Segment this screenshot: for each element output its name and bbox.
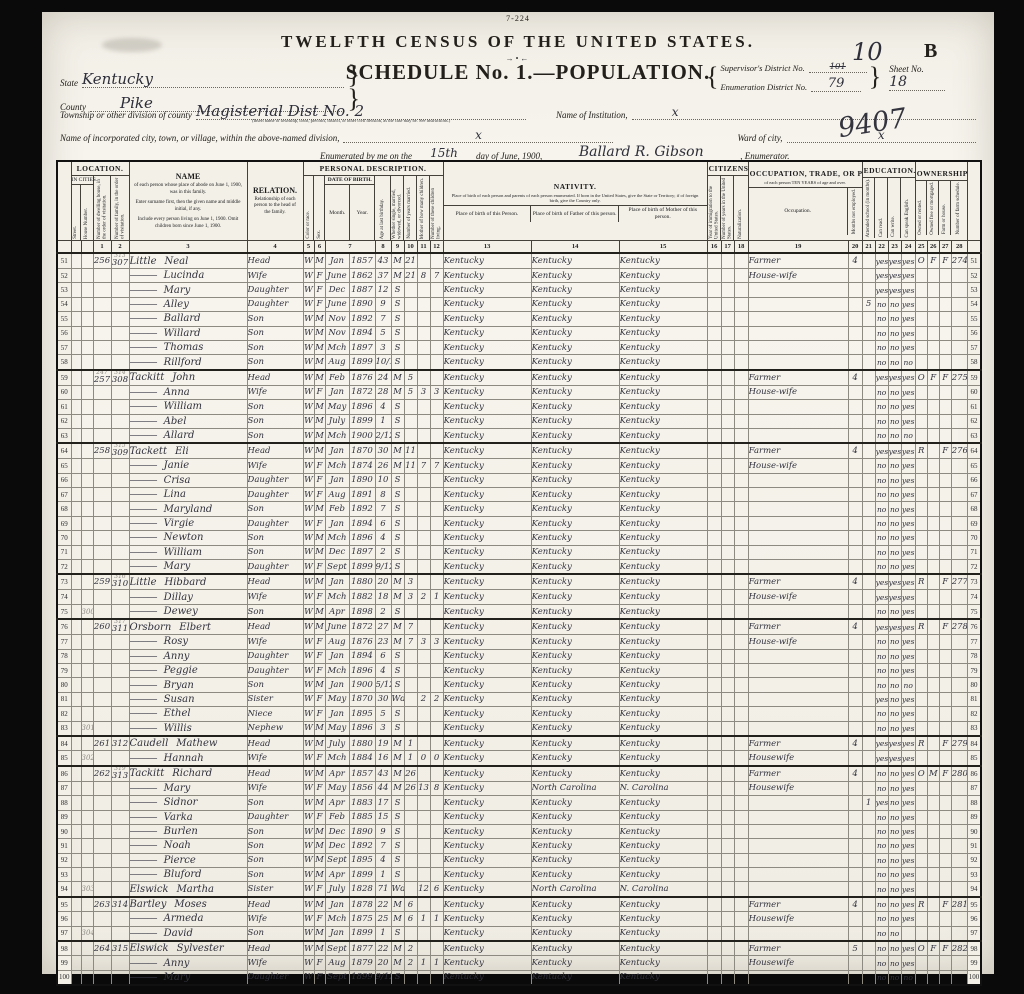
table-row: 64258315309TackettEliHeadWMJan187030M11K… — [57, 443, 981, 459]
cell-family-number — [111, 868, 129, 882]
cell-owned-rented: O — [915, 253, 927, 269]
cell-birthplace: Kentucky — [443, 941, 531, 956]
cell-family-number: 314308 — [111, 370, 129, 386]
cell-house-number — [81, 488, 93, 502]
ditto-dash: ——— — [130, 708, 157, 719]
cell-can-write: no — [888, 516, 901, 530]
cell-family-number — [111, 297, 129, 311]
cell-color-race: W — [303, 590, 314, 604]
cell-father-birthplace: Kentucky — [531, 692, 619, 706]
cell-mother-birthplace: Kentucky — [619, 897, 707, 912]
cell-years-married — [404, 678, 417, 692]
row-number-left: 51 — [57, 253, 71, 269]
cell-attended-school — [862, 839, 875, 853]
cell-can-read: yes — [875, 751, 888, 766]
cell-children-living — [430, 488, 443, 502]
supervisor-district-value: 101 — [809, 62, 867, 73]
cell-occupation — [748, 663, 848, 677]
row-number-left: 81 — [57, 692, 71, 706]
cell-house-number — [81, 781, 93, 795]
row-number-right: 91 — [967, 839, 981, 853]
column-number-13: 13 — [443, 241, 531, 254]
cell-marital-status: S — [391, 839, 404, 853]
cell-sex: M — [314, 340, 325, 354]
cell-occupation — [748, 297, 848, 311]
surname: Bartley — [130, 899, 167, 910]
cell-occupation — [748, 531, 848, 545]
column-number-8: 8 — [375, 241, 391, 254]
cell-mother-birthplace: Kentucky — [619, 707, 707, 721]
cell-children-living — [430, 545, 443, 559]
cell-attended-school — [862, 926, 875, 941]
farm-house-column-label: Farm or house. — [942, 203, 947, 235]
cell-can-write: no — [888, 663, 901, 677]
cell-dwelling-number: 260 — [93, 619, 111, 635]
table-row: 69——— VirgieDaughterWFJan18946SKentuckyK… — [57, 516, 981, 530]
cell-father-birthplace: Kentucky — [531, 678, 619, 692]
cell-years-in-us — [721, 428, 734, 443]
cell-mother-of-children — [417, 824, 430, 838]
cell-birthplace: Kentucky — [443, 721, 531, 736]
cell-owned-rented — [915, 297, 927, 311]
cell-color-race: W — [303, 956, 314, 970]
cell-owned-rented — [915, 355, 927, 370]
cell-can-write: yes — [888, 253, 901, 269]
row-number-left: 71 — [57, 545, 71, 559]
cell-farm-schedule: 278 — [951, 619, 967, 635]
cell-color-race: W — [303, 488, 314, 502]
cell-can-write: no — [888, 721, 901, 736]
ditto-dash: ——— — [130, 869, 157, 880]
cell-house-number — [81, 663, 93, 677]
cell-immigration-year — [707, 853, 721, 867]
cell-immigration-year — [707, 868, 721, 882]
row-number-left: 87 — [57, 781, 71, 795]
cell-mother-birthplace: Kentucky — [619, 502, 707, 516]
row-number-left: 74 — [57, 590, 71, 604]
cell-sex: M — [314, 678, 325, 692]
cell-years-in-us — [721, 531, 734, 545]
cell-family-number — [111, 824, 129, 838]
row-number-right: 71 — [967, 545, 981, 559]
cell-can-speak-english: yes — [901, 502, 915, 516]
cell-can-speak-english: yes — [901, 385, 915, 399]
ditto-dash: ——— — [130, 387, 157, 398]
cell-mother-birthplace: Kentucky — [619, 370, 707, 386]
cell-immigration-year — [707, 253, 721, 269]
cell-birth-month: Mch — [325, 663, 349, 677]
cell-naturalization — [734, 766, 748, 782]
given-name: Susan — [161, 694, 195, 705]
cell-relation: Son — [247, 926, 303, 941]
cell-farm-schedule — [951, 516, 967, 530]
cell-name: ——— Ethel — [129, 707, 247, 721]
surname: Elswick — [130, 884, 169, 895]
cell-name: ——— Mary — [129, 283, 247, 297]
cell-relation: Son — [247, 414, 303, 428]
ditto-dash: ——— — [130, 270, 157, 281]
cell-mother-birthplace: Kentucky — [619, 663, 707, 677]
cell-marital-status: S — [391, 326, 404, 340]
cell-farm-schedule — [951, 912, 967, 926]
cell-birth-year: 1828 — [349, 882, 375, 897]
cell-father-birthplace: Kentucky — [531, 707, 619, 721]
cell-owned-rented — [915, 810, 927, 824]
cell-mother-of-children: 8 — [417, 269, 430, 283]
cell-can-read: yes — [875, 283, 888, 297]
cell-name: ——— Peggie — [129, 663, 247, 677]
cell-can-read: no — [875, 604, 888, 619]
table-row: 72——— MaryDaughterWFSept18999/12SKentuck… — [57, 560, 981, 575]
cell-years-married: 11 — [404, 443, 417, 459]
row-number-left: 53 — [57, 283, 71, 297]
cell-can-speak-english: yes — [901, 839, 915, 853]
given-name: Alley — [161, 299, 189, 310]
cell-birthplace: Kentucky — [443, 370, 531, 386]
cell-sex: F — [314, 459, 325, 473]
cell-naturalization — [734, 253, 748, 269]
cell-dwelling-number — [93, 312, 111, 326]
cell-free-mortgaged — [927, 516, 939, 530]
cell-can-read: no — [875, 970, 888, 985]
cell-marital-status: S — [391, 853, 404, 867]
cell-father-birthplace: Kentucky — [531, 912, 619, 926]
cell-color-race: W — [303, 678, 314, 692]
row-number-left: 92 — [57, 853, 71, 867]
ditto-dash: ——— — [130, 783, 157, 794]
cell-relation: Wife — [247, 635, 303, 649]
cell-attended-school — [862, 810, 875, 824]
row-number-right: 58 — [967, 355, 981, 370]
column-number-4: 4 — [247, 241, 303, 254]
cell-mother-birthplace: Kentucky — [619, 414, 707, 428]
cell-birth-month: June — [325, 297, 349, 311]
cell-relation: Son — [247, 839, 303, 853]
cell-months-not-employed — [848, 721, 862, 736]
in-cities-title: IN CITIES. — [72, 176, 93, 185]
cell-sex: M — [314, 545, 325, 559]
cell-sex: F — [314, 560, 325, 575]
row-number-right: 89 — [967, 810, 981, 824]
given-name: Mathew — [176, 738, 217, 749]
cell-years-married: 6 — [404, 897, 417, 912]
cell-can-speak-english: yes — [901, 868, 915, 882]
cell-house-number — [81, 590, 93, 604]
table-row: 87——— MaryWifeWFMay185644M26138KentuckyN… — [57, 781, 981, 795]
cell-years-married — [404, 824, 417, 838]
cell-birthplace: Kentucky — [443, 970, 531, 985]
cell-immigration-year — [707, 926, 721, 941]
cell-months-not-employed — [848, 502, 862, 516]
cell-months-not-employed — [848, 312, 862, 326]
cell-attended-school — [862, 355, 875, 370]
cell-free-mortgaged — [927, 882, 939, 897]
cell-naturalization — [734, 692, 748, 706]
cell-birth-year: 1894 — [349, 326, 375, 340]
cell-immigration-year — [707, 604, 721, 619]
table-row: 84261312CaudellMathewHeadWMJuly188019M1K… — [57, 736, 981, 751]
given-name: Hibbard — [165, 577, 207, 588]
cell-farm-schedule — [951, 692, 967, 706]
pencil-annotation: 313 — [112, 254, 129, 258]
cell-attended-school — [862, 385, 875, 399]
cell-years-married — [404, 502, 417, 516]
relation-section-header: RELATION. Relationship of each person to… — [247, 161, 303, 241]
cell-sex: M — [314, 721, 325, 736]
cell-house-number — [81, 941, 93, 956]
cell-street — [71, 663, 81, 677]
census-sheet: 7-224 TWELFTH CENSUS OF THE UNITED STATE… — [42, 12, 994, 974]
can-speak-english-column-label: Can speak English. — [905, 198, 910, 238]
cell-can-speak-english: no — [901, 970, 915, 985]
cell-family-number — [111, 926, 129, 941]
cell-can-write: yes — [888, 370, 901, 386]
cell-immigration-year — [707, 882, 721, 897]
given-name: Moses — [174, 899, 206, 910]
cell-house-number: 300 — [81, 604, 93, 619]
cell-months-not-employed — [848, 355, 862, 370]
cell-free-mortgaged — [927, 326, 939, 340]
cell-sex: F — [314, 473, 325, 487]
cell-farm-schedule — [951, 635, 967, 649]
cell-name: ——— Willis — [129, 721, 247, 736]
cell-family-number — [111, 649, 129, 663]
cell-birth-month: Jan — [325, 926, 349, 941]
cell-can-read: no — [875, 853, 888, 867]
column-number-blank — [967, 241, 981, 254]
cell-age: 6 — [375, 649, 391, 663]
cell-free-mortgaged — [927, 926, 939, 941]
cell-age: 12 — [375, 283, 391, 297]
cell-farm-schedule — [951, 473, 967, 487]
cell-can-speak-english: yes — [901, 590, 915, 604]
cell-name: ElswickMartha — [129, 882, 247, 897]
cell-birth-year: 1880 — [349, 736, 375, 751]
cell-age: 5 — [375, 707, 391, 721]
cell-can-write: no — [888, 956, 901, 970]
cell-mother-of-children — [417, 355, 430, 370]
cell-can-speak-english: yes — [901, 751, 915, 766]
cell-relation: Son — [247, 868, 303, 882]
cell-free-mortgaged — [927, 678, 939, 692]
cell-marital-status: Wd — [391, 882, 404, 897]
cell-farm-house — [939, 355, 951, 370]
cell-farm-house: F — [939, 574, 951, 590]
cell-dwelling-number — [93, 531, 111, 545]
cell-can-read: no — [875, 326, 888, 340]
cell-can-write: no — [888, 649, 901, 663]
cell-can-read: no — [875, 414, 888, 428]
cell-birth-month: Aug — [325, 355, 349, 370]
cell-naturalization — [734, 340, 748, 354]
cell-house-number — [81, 853, 93, 867]
given-name: Eli — [175, 446, 189, 457]
cell-attended-school — [862, 502, 875, 516]
cell-family-number: 315309 — [111, 443, 129, 459]
cell-free-mortgaged — [927, 283, 939, 297]
table-row: 100——— MaryDaughterWFSept18999/12SKentuc… — [57, 970, 981, 985]
cell-relation: Son — [247, 545, 303, 559]
cell-years-in-us — [721, 516, 734, 530]
row-number-left: 88 — [57, 796, 71, 810]
cell-children-living — [430, 736, 443, 751]
cell-occupation — [748, 839, 848, 853]
ditto-dash: ——— — [130, 518, 157, 529]
cell-owned-rented — [915, 956, 927, 970]
cell-years-married — [404, 692, 417, 706]
cell-birthplace: Kentucky — [443, 355, 531, 370]
cell-sex: M — [314, 619, 325, 635]
cell-birth-year: 1897 — [349, 340, 375, 354]
cell-immigration-year — [707, 970, 721, 985]
row-number-left: 90 — [57, 824, 71, 838]
cell-owned-rented: R — [915, 897, 927, 912]
cell-owned-rented: R — [915, 619, 927, 635]
row-number-right: 92 — [967, 853, 981, 867]
cell-mother-birthplace: Kentucky — [619, 604, 707, 619]
cell-attended-school — [862, 531, 875, 545]
occupation-title: OCCUPATION, TRADE, OR PROFESSION — [749, 167, 862, 180]
cell-years-in-us — [721, 824, 734, 838]
cell-can-write: no — [888, 853, 901, 867]
cell-house-number — [81, 824, 93, 838]
cell-birth-month: Dec — [325, 545, 349, 559]
cell-color-race: W — [303, 414, 314, 428]
cell-relation: Son — [247, 853, 303, 867]
given-name: Willis — [161, 723, 192, 734]
surname: Tackitt — [130, 372, 165, 383]
cell-color-race: W — [303, 941, 314, 956]
cell-birth-year: 1876 — [349, 635, 375, 649]
cell-marital-status: S — [391, 297, 404, 311]
row-number-left: 57 — [57, 340, 71, 354]
cell-birthplace: Kentucky — [443, 604, 531, 619]
cell-years-in-us — [721, 326, 734, 340]
row-number-header-left — [57, 161, 71, 241]
cell-can-read: no — [875, 400, 888, 414]
cell-sex: M — [314, 853, 325, 867]
cell-age: 1 — [375, 868, 391, 882]
row-number-left: 59 — [57, 370, 71, 386]
ditto-dash: ——— — [130, 812, 157, 823]
cell-free-mortgaged: F — [927, 370, 939, 386]
cell-months-not-employed — [848, 824, 862, 838]
cell-years-married — [404, 926, 417, 941]
cell-immigration-year — [707, 428, 721, 443]
cell-sex: M — [314, 355, 325, 370]
cell-birth-year: 1894 — [349, 649, 375, 663]
cell-mother-birthplace: Kentucky — [619, 545, 707, 559]
cell-family-number — [111, 882, 129, 897]
cell-marital-status: S — [391, 283, 404, 297]
cell-birth-month: Sept — [325, 560, 349, 575]
cell-attended-school — [862, 312, 875, 326]
cell-owned-rented — [915, 604, 927, 619]
cell-can-speak-english: yes — [901, 912, 915, 926]
cell-farm-house — [939, 649, 951, 663]
cell-sex: M — [314, 736, 325, 751]
cell-children-living — [430, 428, 443, 443]
cell-father-birthplace: Kentucky — [531, 355, 619, 370]
cell-house-number: 303 — [81, 882, 93, 897]
row-number-right: 54 — [967, 297, 981, 311]
cell-birth-month: May — [325, 721, 349, 736]
cell-house-number — [81, 531, 93, 545]
cell-birth-year: 1890 — [349, 297, 375, 311]
cell-years-in-us — [721, 781, 734, 795]
cell-father-birthplace: Kentucky — [531, 649, 619, 663]
cell-family-number — [111, 340, 129, 354]
cell-age: 4 — [375, 531, 391, 545]
cell-house-number: 301 — [81, 721, 93, 736]
ditto-dash: ——— — [130, 342, 157, 353]
cell-name: ——— Anny — [129, 649, 247, 663]
cell-can-write: yes — [888, 751, 901, 766]
cell-relation: Daughter — [247, 810, 303, 824]
cell-birth-year: 1887 — [349, 283, 375, 297]
cell-farm-schedule — [951, 428, 967, 443]
given-name: Anna — [161, 387, 190, 398]
cell-years-in-us — [721, 692, 734, 706]
cell-naturalization — [734, 414, 748, 428]
cell-mother-birthplace: Kentucky — [619, 516, 707, 530]
row-number-right: 62 — [967, 414, 981, 428]
row-number-left: 85 — [57, 751, 71, 766]
ditto-dash: ——— — [130, 561, 157, 572]
cell-can-speak-english — [901, 926, 915, 941]
cell-family-number — [111, 692, 129, 706]
cell-can-read: no — [875, 560, 888, 575]
row-number-right: 87 — [967, 781, 981, 795]
cell-attended-school — [862, 370, 875, 386]
cell-birth-month: Apr — [325, 766, 349, 782]
cell-house-number — [81, 326, 93, 340]
cell-can-read: no — [875, 312, 888, 326]
cell-years-in-us — [721, 604, 734, 619]
cell-months-not-employed — [848, 781, 862, 795]
cell-birthplace: Kentucky — [443, 751, 531, 766]
cell-free-mortgaged: M — [927, 766, 939, 782]
cell-occupation — [748, 502, 848, 516]
district-close-brace: } — [869, 64, 881, 90]
cell-can-speak-english: yes — [901, 796, 915, 810]
cell-years-married: 5 — [404, 370, 417, 386]
cell-can-speak-english: yes — [901, 283, 915, 297]
cell-house-number — [81, 970, 93, 985]
cell-mother-birthplace: Kentucky — [619, 810, 707, 824]
cell-occupation — [748, 853, 848, 867]
cell-children-living — [430, 941, 443, 956]
occupation-subtitle: of each person TEN YEARS of age and over… — [749, 180, 862, 187]
given-name: Crisa — [161, 475, 191, 486]
cell-color-race: W — [303, 473, 314, 487]
cell-can-speak-english: yes — [901, 297, 915, 311]
cell-relation: Son — [247, 796, 303, 810]
ditto-dash: ——— — [130, 913, 157, 924]
cell-mother-birthplace: Kentucky — [619, 736, 707, 751]
cell-can-write: yes — [888, 619, 901, 635]
cell-attended-school — [862, 400, 875, 414]
cell-farm-house — [939, 926, 951, 941]
cell-farm-house — [939, 604, 951, 619]
cell-can-write: no — [888, 312, 901, 326]
cell-sex: M — [314, 326, 325, 340]
cell-mother-birthplace: Kentucky — [619, 912, 707, 926]
cell-attended-school — [862, 956, 875, 970]
cell-street — [71, 414, 81, 428]
cell-house-number — [81, 502, 93, 516]
cell-years-married — [404, 312, 417, 326]
